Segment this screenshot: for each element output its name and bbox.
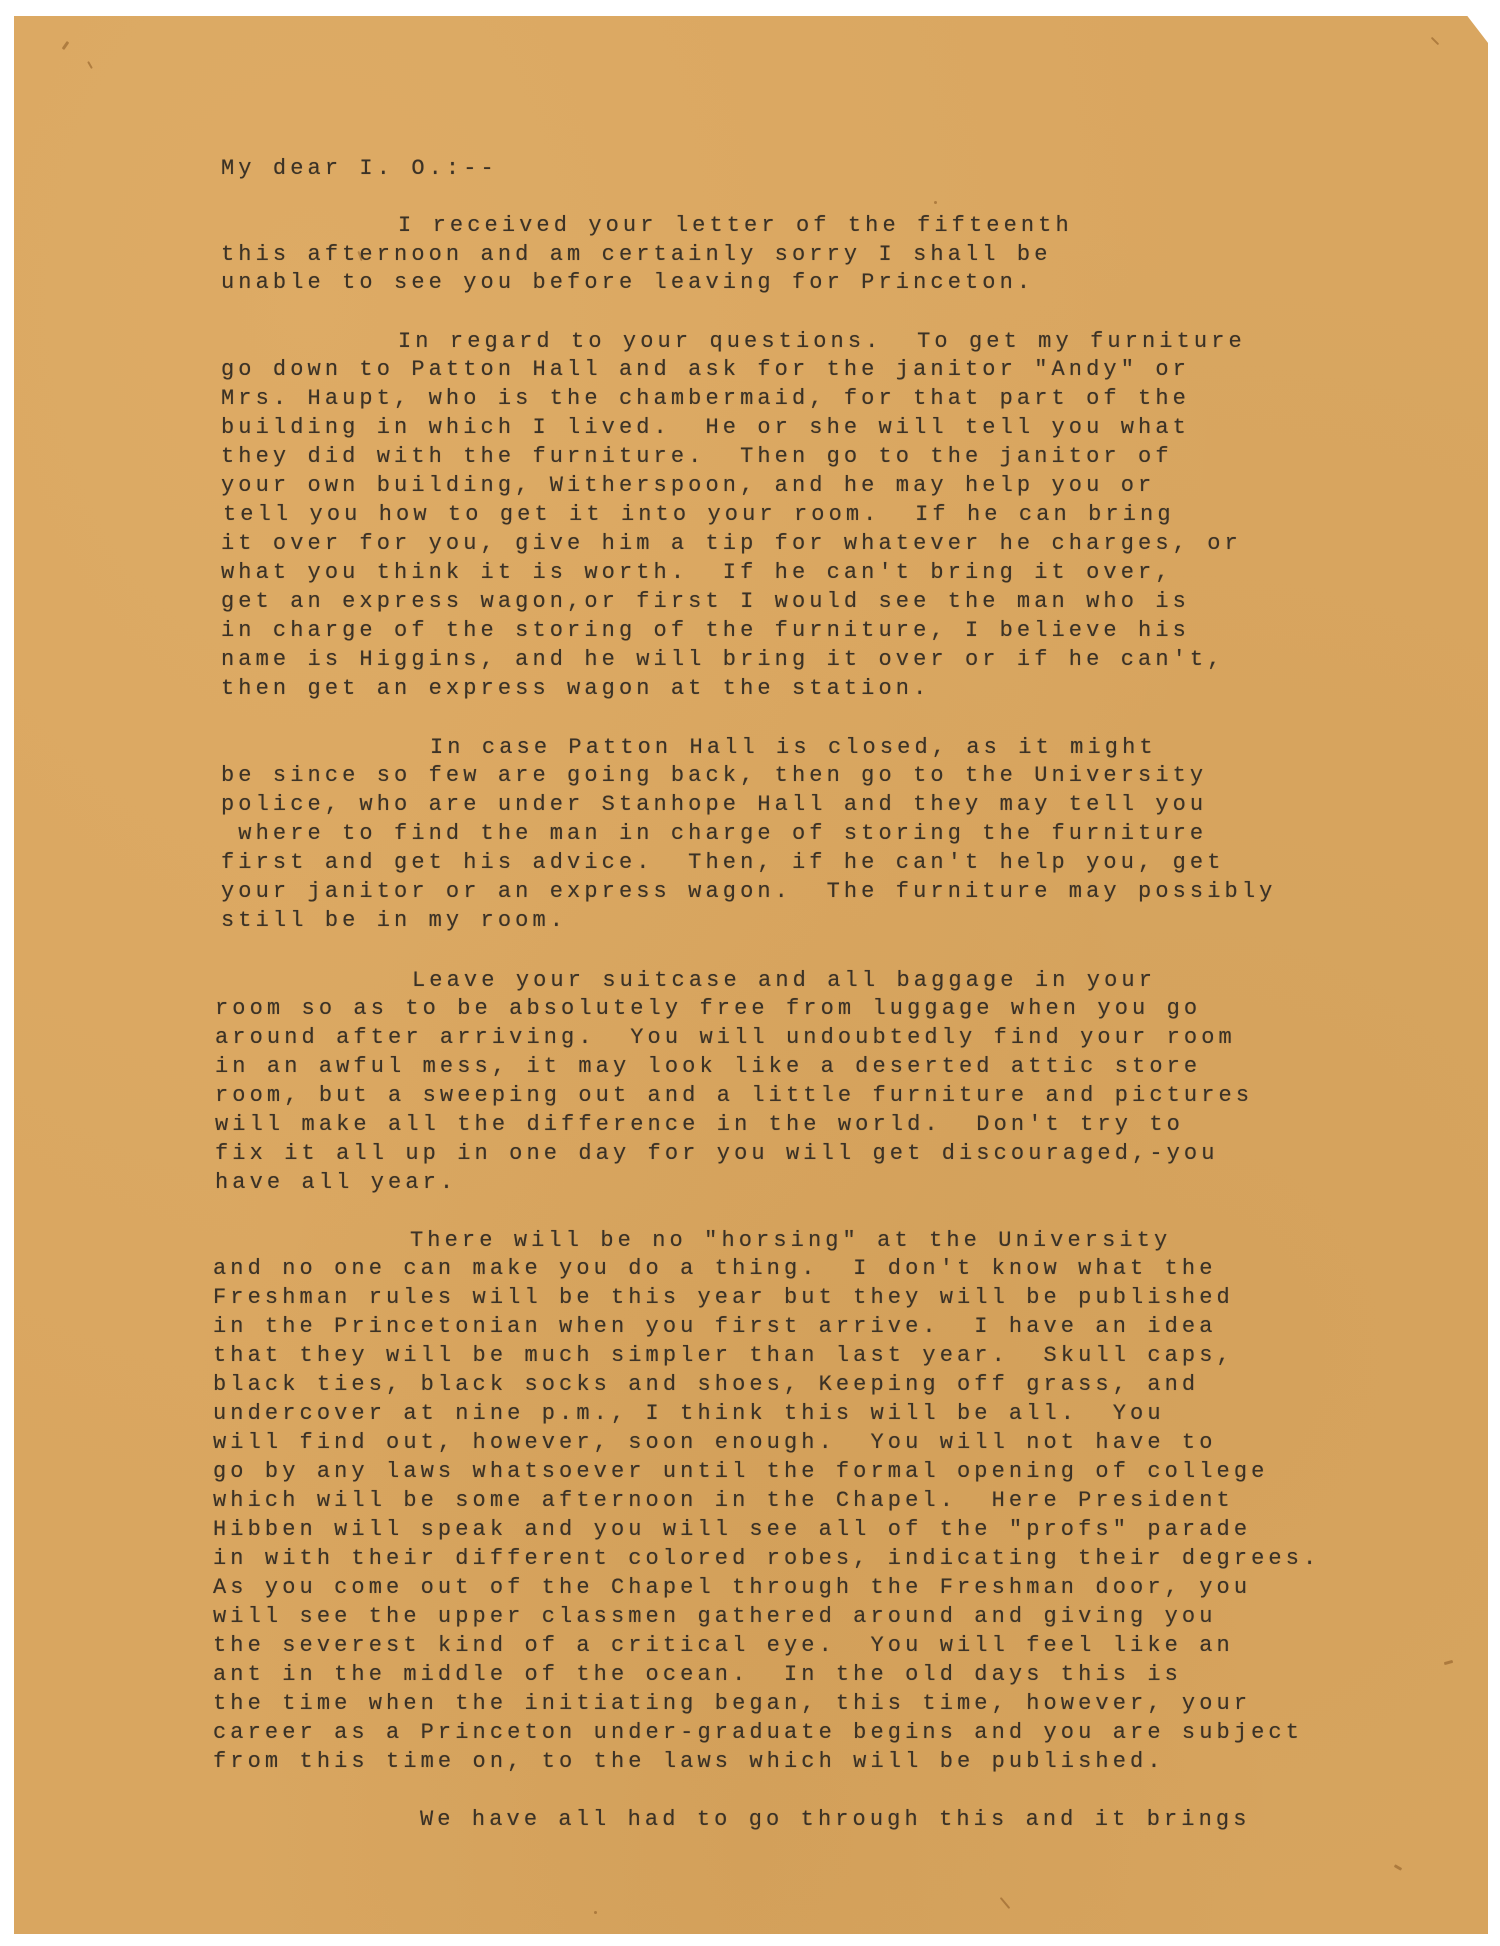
letter-line: in an awful mess, it may look like a des… — [215, 1055, 1201, 1079]
letter-line: in charge of the storing of the furnitur… — [221, 619, 1190, 643]
letter-line: career as a Princeton under-graduate beg… — [213, 1721, 1303, 1745]
letter-line: will find out, however, soon enough. You… — [213, 1431, 1217, 1455]
letter-line: go by any laws whatsoever until the form… — [213, 1460, 1268, 1484]
letter-line: There will be no "horsing" at the Univer… — [410, 1229, 1171, 1253]
paper-fiber — [62, 41, 70, 50]
letter-line: get an express wagon,or first I would se… — [221, 590, 1190, 614]
paper-fiber — [934, 201, 937, 204]
letter-line: police, who are under Stanhope Hall and … — [221, 793, 1207, 817]
letter-line: around after arriving. You will undoubte… — [215, 1026, 1236, 1050]
letter-line: will make all the difference in the worl… — [215, 1113, 1184, 1137]
letter-line: have all year. — [215, 1171, 457, 1195]
letter-line: undercover at nine p.m., I think this wi… — [213, 1402, 1165, 1426]
letter-line: will see the upper classmen gathered aro… — [213, 1605, 1217, 1629]
letter-line: be since so few are going back, then go … — [221, 764, 1207, 788]
letter-salutation: My dear I. O.:-- — [221, 157, 498, 181]
letter-line: this afternoon and am certainly sorry I … — [221, 243, 1052, 267]
letter-line: As you come out of the Chapel through th… — [213, 1576, 1251, 1600]
letter-line: go down to Patton Hall and ask for the j… — [221, 358, 1190, 382]
letter-line: still be in my room. — [221, 909, 567, 933]
letter-line: We have all had to go through this and i… — [420, 1808, 1251, 1832]
letter-line: Hibben will speak and you will see all o… — [213, 1518, 1251, 1542]
letter-line: which will be some afternoon in the Chap… — [213, 1489, 1234, 1513]
letter-line: room, but a sweeping out and a little fu… — [215, 1084, 1253, 1108]
paper-fiber — [1444, 1660, 1453, 1665]
letter-line: the severest kind of a critical eye. You… — [213, 1634, 1234, 1658]
letter-line: what you think it is worth. If he can't … — [221, 561, 1173, 585]
letter-line: in the Princetonian when you first arriv… — [213, 1315, 1217, 1339]
letter-line: In case Patton Hall is closed, as it mig… — [430, 736, 1157, 760]
letter-line: fix it all up in one day for you will ge… — [215, 1142, 1219, 1166]
letter-line: building in which I lived. He or she wil… — [221, 416, 1190, 440]
paper-fiber — [1431, 37, 1439, 45]
letter-line: and no one can make you do a thing. I do… — [213, 1257, 1217, 1281]
letter-line: it over for you, give him a tip for what… — [221, 532, 1242, 556]
letter-line: that they will be much simpler than last… — [213, 1344, 1234, 1368]
letter-line: in with their different colored robes, i… — [213, 1547, 1320, 1571]
letter-line: Freshman rules will be this year but the… — [213, 1286, 1234, 1310]
letter-line: from this time on, to the laws which wil… — [213, 1750, 1165, 1774]
letter-line: Mrs. Haupt, who is the chambermaid, for … — [221, 387, 1190, 411]
letter-line: Leave your suitcase and all baggage in y… — [412, 969, 1156, 993]
letter-line: your janitor or an express wagon. The fu… — [221, 880, 1276, 904]
letter-line: unable to see you before leaving for Pri… — [221, 271, 1034, 295]
letter-line: black ties, black socks and shoes, Keepi… — [213, 1373, 1199, 1397]
paper-fiber — [87, 61, 93, 69]
letter-line: I received your letter of the fifteenth — [398, 214, 1073, 238]
letter-line: your own building, Witherspoon, and he m… — [221, 474, 1155, 498]
letter-line: the time when the initiating began, this… — [213, 1692, 1251, 1716]
letter-line: In regard to your questions. To get my f… — [398, 330, 1246, 354]
letter-line: room so as to be absolutely free from lu… — [215, 997, 1201, 1021]
letter-line: then get an express wagon at the station… — [221, 677, 930, 701]
paper-fiber — [594, 1911, 597, 1914]
paper-fiber — [1394, 1864, 1402, 1871]
letter-line: ant in the middle of the ocean. In the o… — [213, 1663, 1182, 1687]
letter-line: where to find the man in charge of stori… — [221, 822, 1207, 846]
paper-fiber — [1000, 1897, 1011, 1909]
letter-line: first and get his advice. Then, if he ca… — [221, 851, 1225, 875]
letter-line: tell you how to get it into your room. I… — [223, 503, 1175, 527]
letter-line: name is Higgins, and he will bring it ov… — [221, 648, 1225, 672]
letter-line: they did with the furniture. Then go to … — [221, 445, 1173, 469]
